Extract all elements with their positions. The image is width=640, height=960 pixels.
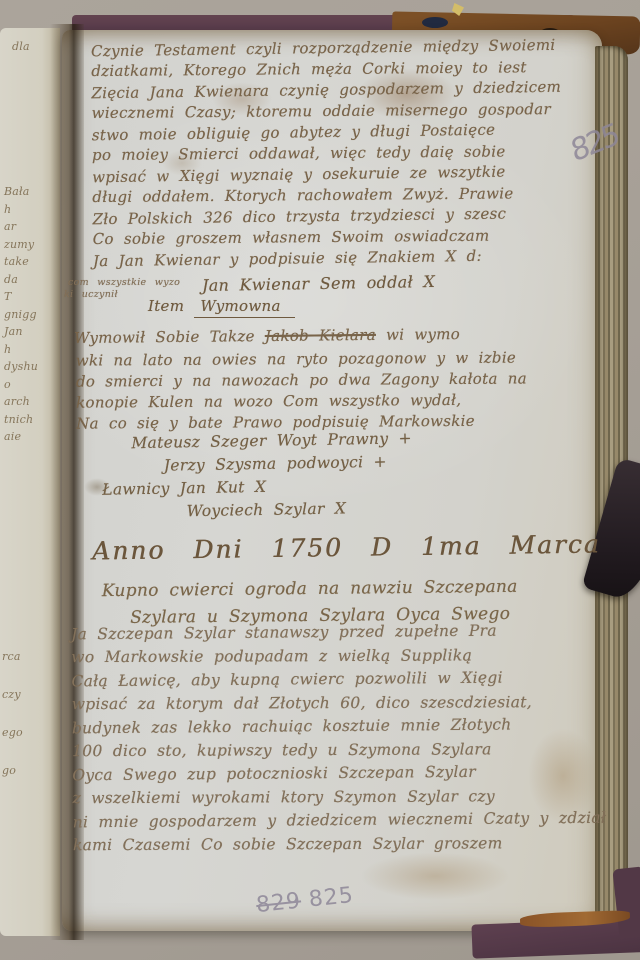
margin-fragments-top: dla <box>12 40 30 53</box>
page-number: 825 <box>308 883 355 913</box>
leather-dark-spot <box>422 17 448 28</box>
item-heading-label: Item <box>148 297 184 315</box>
margin-fragments-bottom: rcaczyegogo <box>2 638 23 790</box>
line-text: Wymowił Sobie Takze <box>74 327 265 347</box>
manuscript-line: Ja Szczepan Szylar stanawszy przed zupeł… <box>71 619 605 647</box>
interline-note: ki uczynił <box>64 289 118 300</box>
text-fragment: gnigg <box>4 306 38 324</box>
text-fragment: Jan <box>4 323 38 341</box>
text-fragment: czy <box>2 676 23 714</box>
text-fragment: zumy <box>4 236 38 254</box>
manuscript-line: wo Markowskie podupadam z wielką Supplik… <box>71 643 605 669</box>
manuscript-line: z wszelkiemi wyrokami ktory Szymon Szyla… <box>72 784 606 810</box>
manuscript-line: budynek zas lekko rachuiąc kosztuie mnie… <box>72 713 606 741</box>
text-fragment: h <box>4 341 38 359</box>
text-fragment: T <box>4 288 38 306</box>
manuscript-line: Oyca Swego zup potocznioski Szczepan Szy… <box>72 760 606 788</box>
item-heading: Item Wymowna <box>148 297 295 315</box>
manuscript-line: ni mnie gospodarzem y dziedzicem wieczne… <box>73 807 607 835</box>
text-fragment: take <box>4 253 38 271</box>
manuscript-line: 100 dico sto, kupiwszy tedy u Szymona Sz… <box>72 737 606 763</box>
manuscript-line: kami Czasemi Co sobie Szczepan Szylar gr… <box>73 831 607 857</box>
text-fragment: dla <box>12 40 30 53</box>
line-text: wi wymo <box>376 325 460 344</box>
text-fragment: Bała <box>4 183 38 201</box>
signature-line: Jan Kwienar Sem oddał X <box>202 272 435 295</box>
text-fragment: dyshu <box>4 358 38 376</box>
purchase-paragraph: Ja Szczepan Szylar stanawszy przed zupeł… <box>71 619 606 859</box>
margin-fragments-middle: BałaharzumytakedaTgniggJanhdyshuoarchtni… <box>4 183 38 446</box>
manuscript-line: Całą Ławicę, aby kupną cwierc pozwolili … <box>71 666 605 694</box>
text-fragment: go <box>2 752 23 790</box>
text-fragment: aie <box>4 428 38 446</box>
item-heading-word: Wymowna <box>194 297 294 318</box>
crossed-out-name: Jakob Kielara <box>265 326 376 345</box>
testament-paragraph: Czynie Testament czyli rozporządzenie mi… <box>91 36 563 271</box>
text-fragment: h <box>4 201 38 219</box>
text-fragment: arch <box>4 393 38 411</box>
text-fragment: da <box>4 271 38 289</box>
text-fragment: ego <box>2 714 23 752</box>
text-fragment: tnich <box>4 411 38 429</box>
manuscript-line: wpisać za ktorym dał Złotych 60, dico sz… <box>72 690 606 716</box>
crossed-out-number: 829 <box>255 888 302 918</box>
text-fragment: ar <box>4 218 38 236</box>
wymowa-paragraph: wki na lato na owies na ryto pozagonow y… <box>76 347 528 434</box>
text-fragment: rca <box>2 638 23 676</box>
witness-signatures: Mateusz Szeger Woyt Prawny +Jerzy Szysma… <box>101 427 413 524</box>
interline-note: com wszystkie wyzo <box>68 277 180 288</box>
manuscript-photo: Czynie Testament czyli rozporządzenie mi… <box>0 0 640 960</box>
text-fragment: o <box>4 376 38 394</box>
